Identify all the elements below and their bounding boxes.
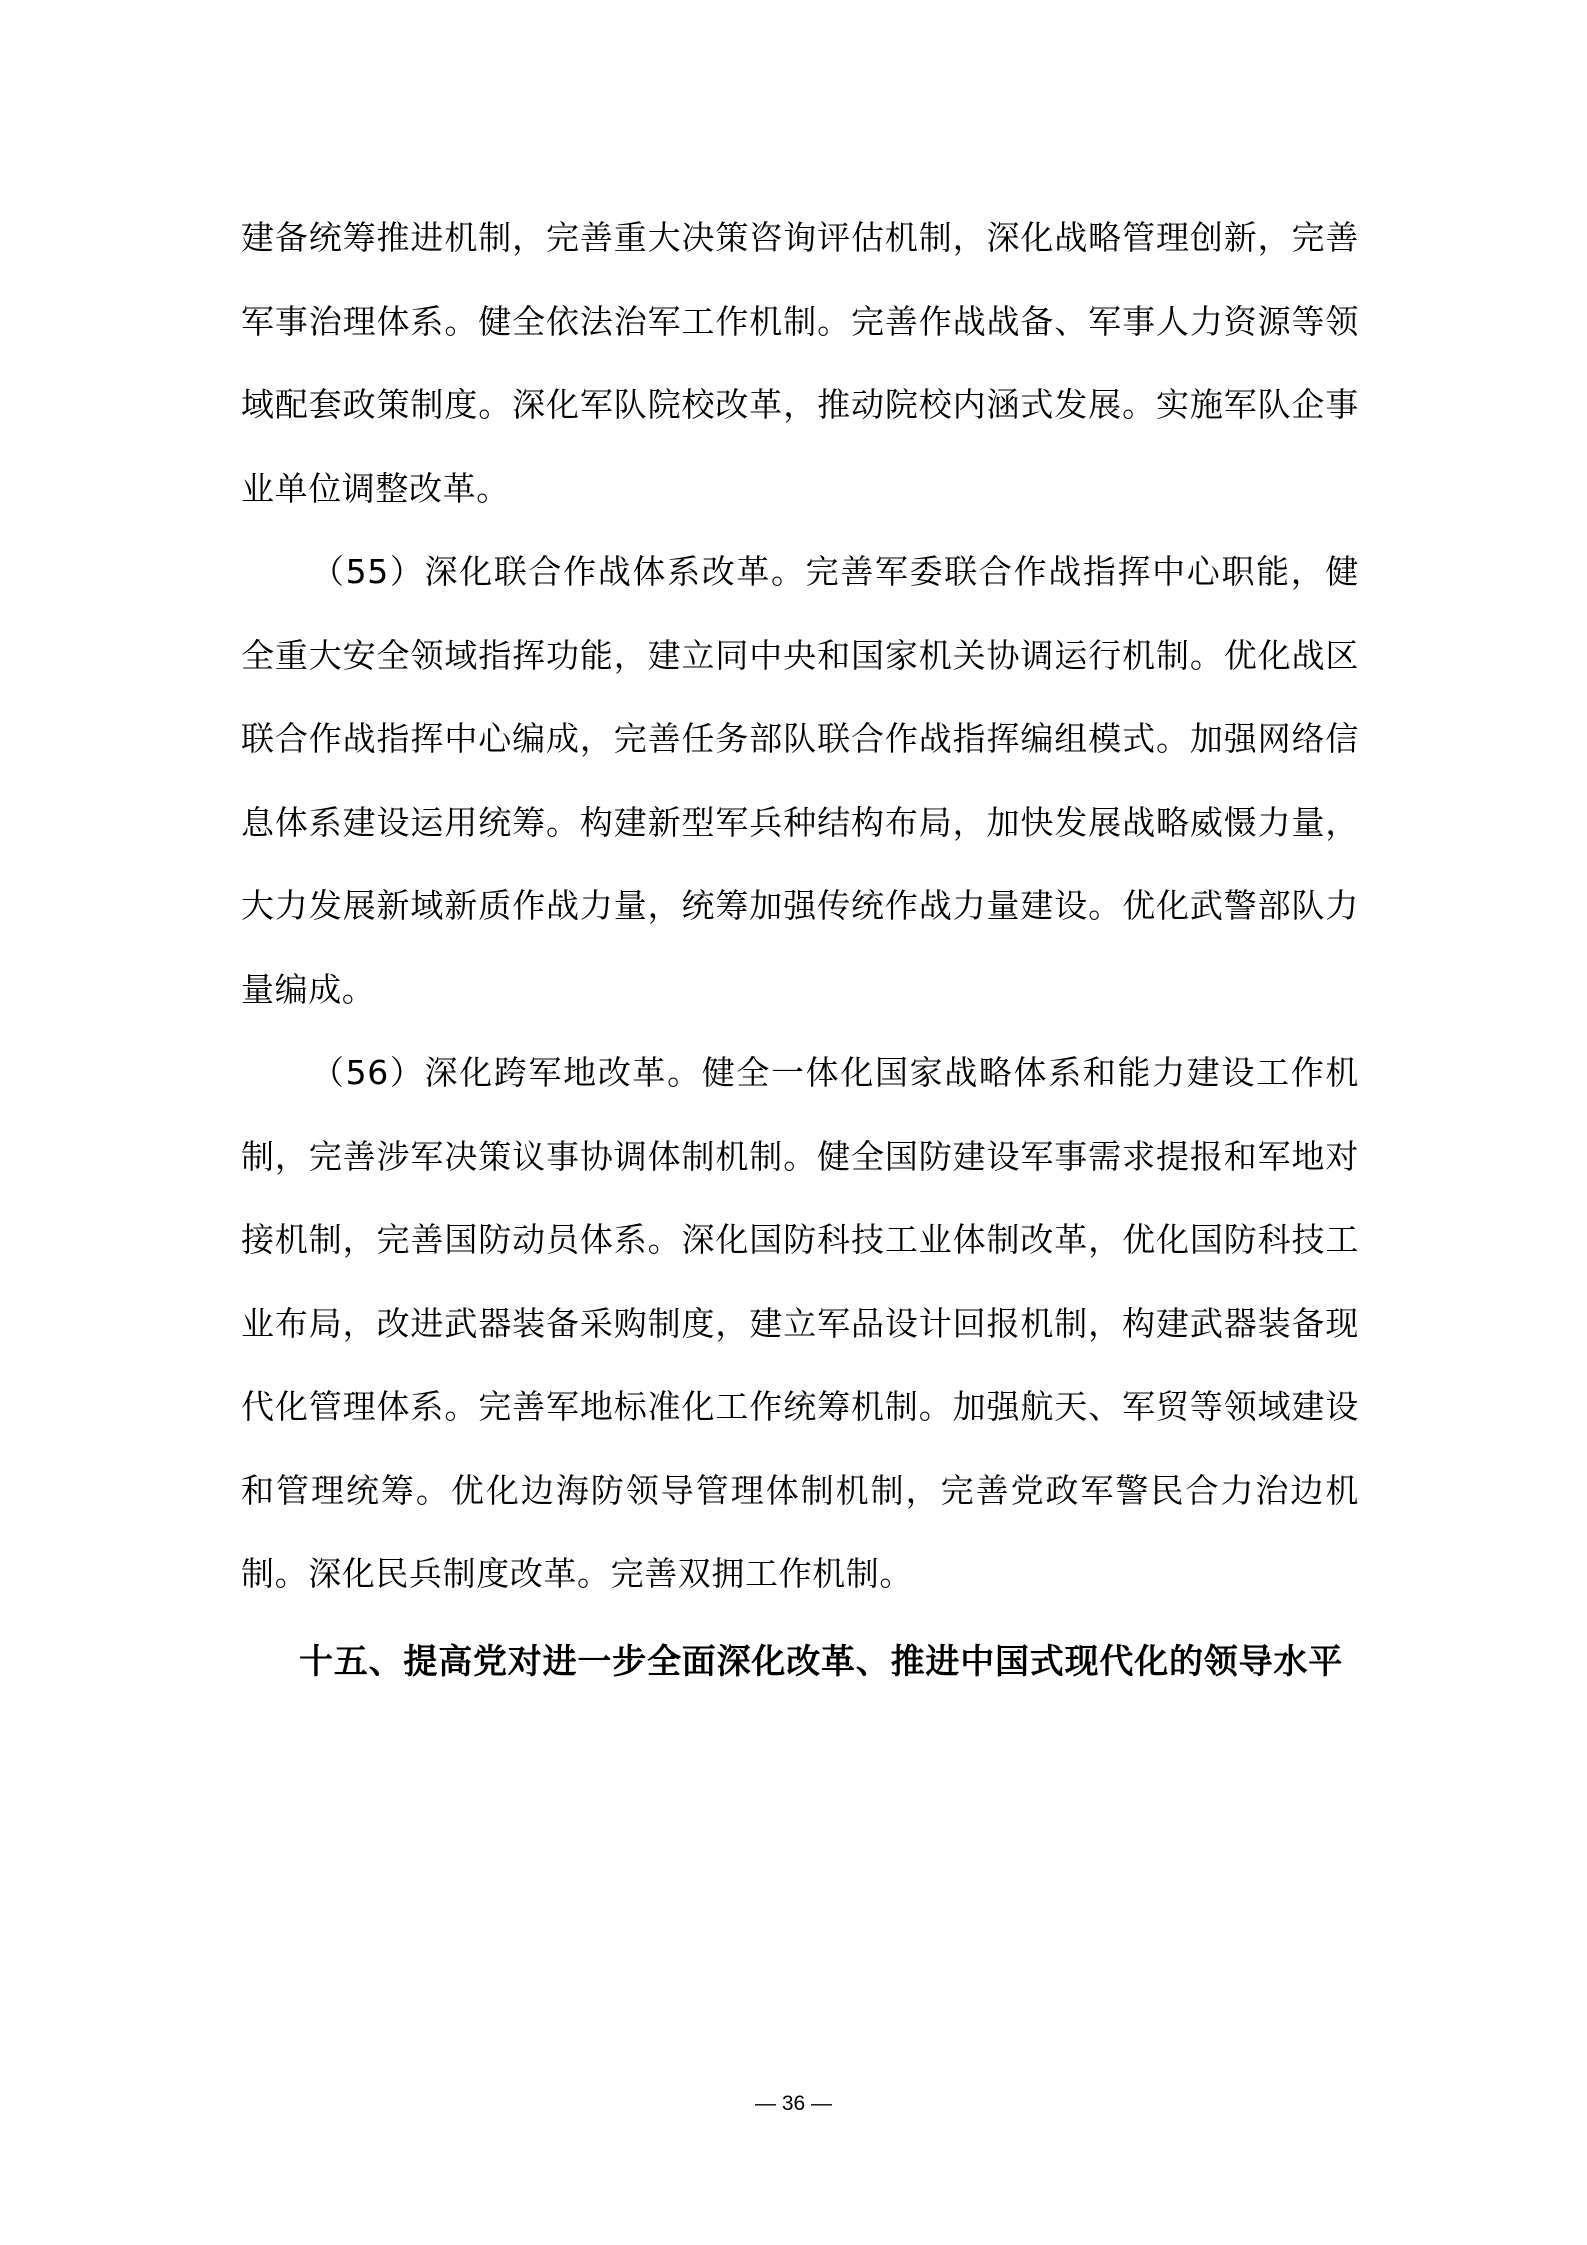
document-page: 建备统筹推进机制，完善重大决策咨询评估机制，深化战略管理创新，完善军事治理体系。… xyxy=(0,0,1587,2245)
paragraph-item-55: （55）深化联合作战体系改革。完善军委联合作战指挥中心职能，健全重大安全领域指挥… xyxy=(241,530,1359,1031)
paragraph-item-56: （56）深化跨军地改革。健全一体化国家战略体系和能力建设工作机制，完善涉军决策议… xyxy=(241,1031,1359,1616)
section-heading: 十五、提高党对进一步全面深化改革、推进中国式现代化的领导水平 xyxy=(241,1618,1359,1706)
page-body: 建备统筹推进机制，完善重大决策咨询评估机制，深化战略管理创新，完善军事治理体系。… xyxy=(241,196,1359,1706)
paragraph-continuation: 建备统筹推进机制，完善重大决策咨询评估机制，深化战略管理创新，完善军事治理体系。… xyxy=(241,196,1359,530)
page-number: — 36 — xyxy=(0,2092,1587,2116)
